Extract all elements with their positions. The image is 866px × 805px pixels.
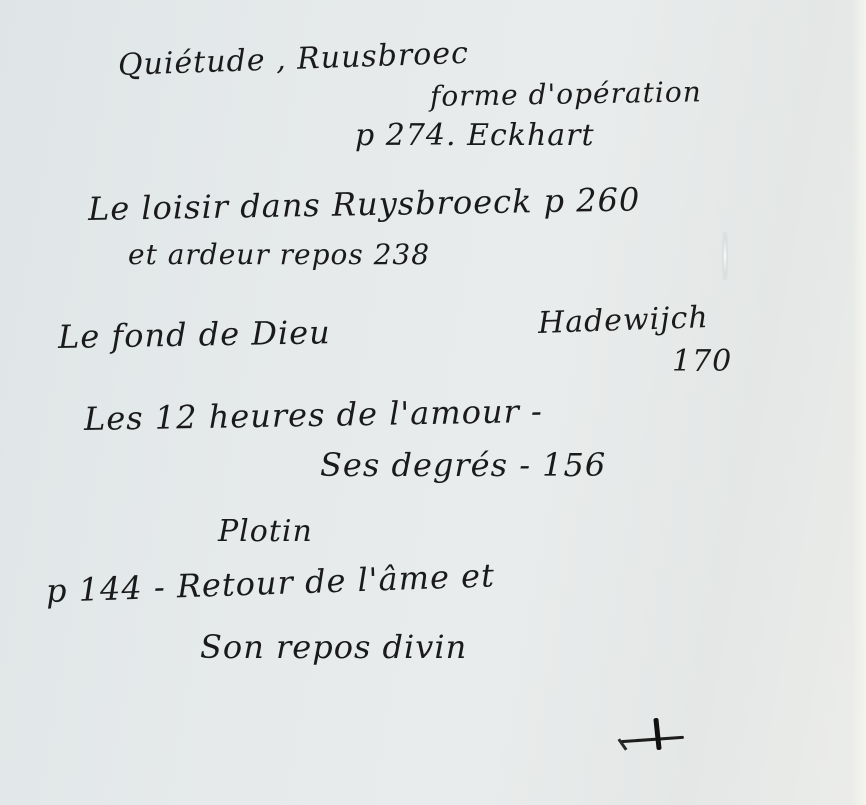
note-line-loisir-ruysbroeck: Le loisir dans Ruysbroeck p 260 [88,180,641,228]
cross-vertical-stroke [653,718,661,750]
note-line-repos-divin: Son repos divin [200,628,467,666]
cross-horizontal-stroke [620,736,684,743]
note-line-hadewijch: Hadewijch [537,300,709,341]
note-line-12-heures: Les 12 heures de l'amour - [84,392,543,438]
paper-edge-shadow [852,0,866,805]
cross-mark-icon [620,718,686,758]
note-line-quietude: Quiétude , Ruusbroec [117,36,469,83]
note-line-fond-de-dieu: Le fond de Dieu [58,313,331,356]
note-line-retour-ame: p 144 - Retour de l'âme et [45,556,495,610]
note-line-eckhart-ref: p 274. Eckhart [355,118,595,153]
note-line-ref-170: 170 [672,344,732,379]
note-line-forme-operation: forme d'opération [430,75,702,113]
note-line-ardeur-repos: et ardeur repos 238 [128,238,430,271]
note-line-plotin: Plotin [218,514,313,549]
paper-crease [722,232,728,280]
note-line-ses-degres: Ses degrés - 156 [320,446,606,484]
